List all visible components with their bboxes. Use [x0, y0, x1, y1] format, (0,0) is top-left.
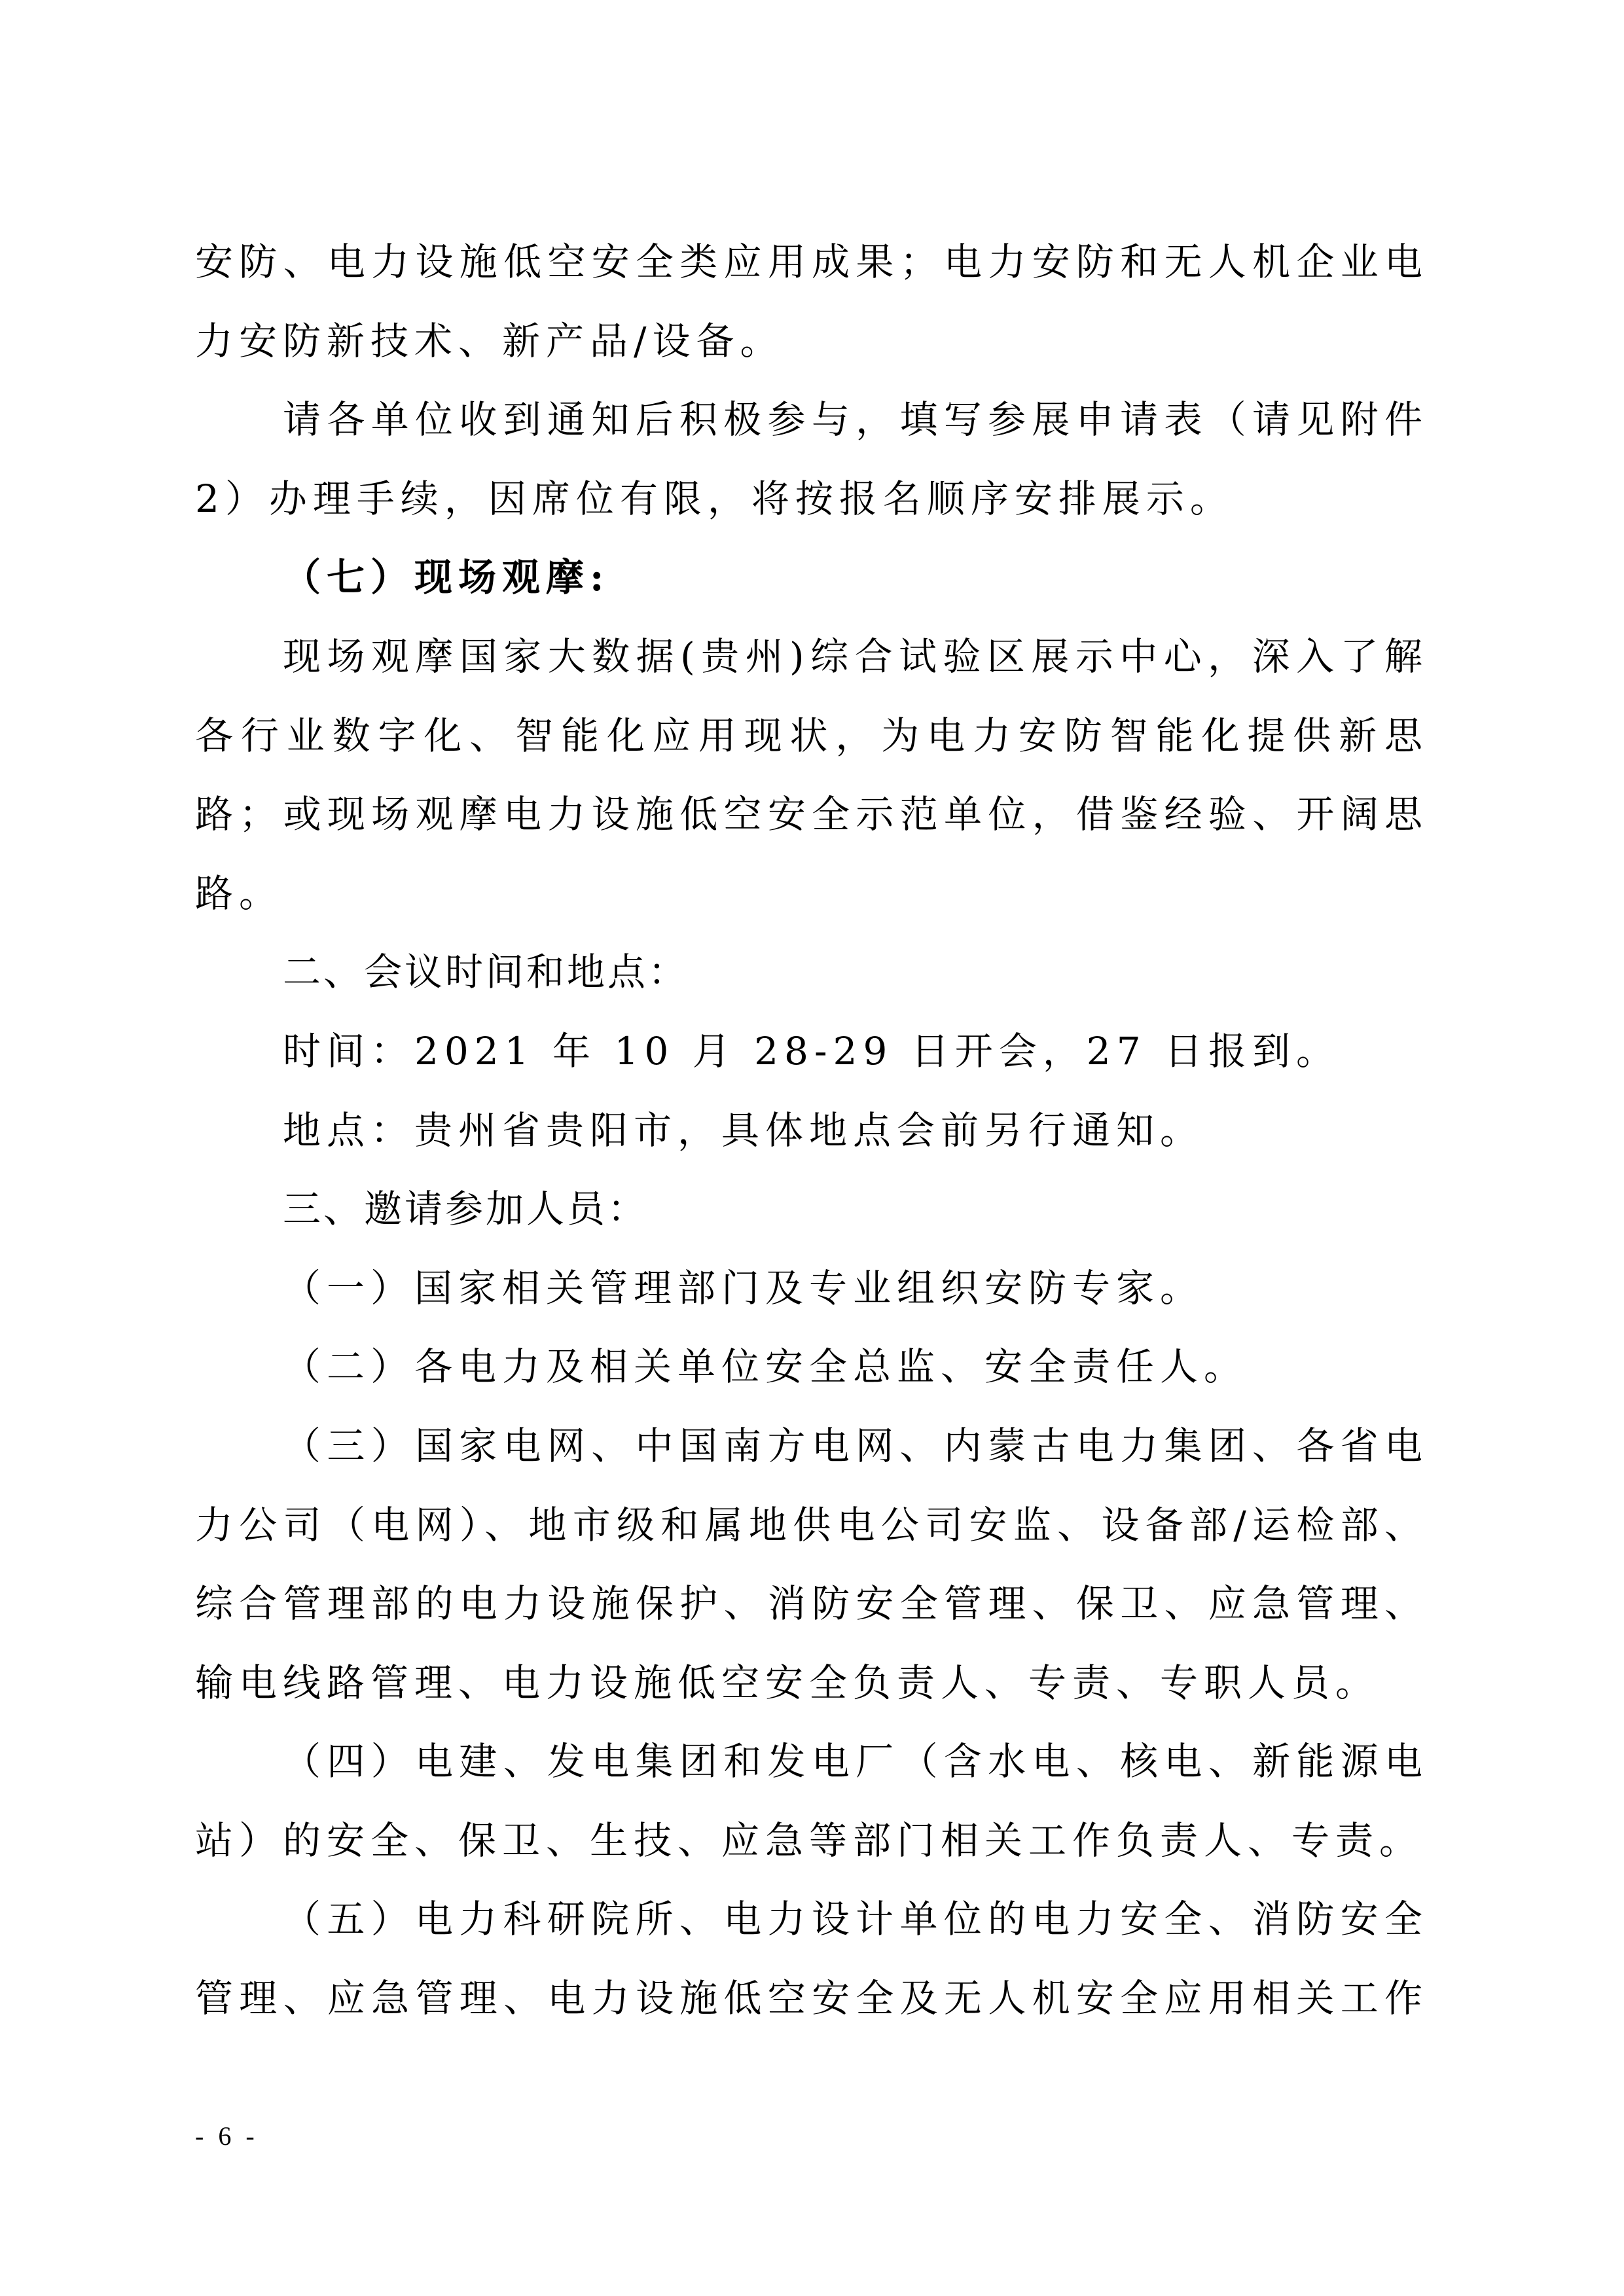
paragraph-line: 安防、电力设施低空安全类应用成果；电力安防和无人机企业电: [195, 223, 1428, 302]
meeting-time: 时间：2021 年 10 月 28-29 日开会，27 日报到。: [195, 1012, 1428, 1091]
paragraph-line: 各行业数字化、智能化应用现状，为电力安防智能化提供新思: [195, 696, 1428, 776]
paragraph-line: 请各单位收到通知后积极参与，填写参展申请表（请见附件: [195, 380, 1428, 459]
paragraph-line: 路；或现场观摩电力设施低空安全示范单位，借鉴经验、开阔思: [195, 775, 1428, 854]
section-heading-time-location: 二、会议时间和地点：: [195, 933, 1428, 1012]
meeting-location: 地点：贵州省贵阳市，具体地点会前另行通知。: [195, 1091, 1428, 1170]
paragraph-line: 力公司（电网）、地市级和属地供电公司安监、设备部/运检部、: [195, 1486, 1428, 1565]
invitee-item-5: （五）电力科研院所、电力设计单位的电力安全、消防安全: [195, 1880, 1428, 1959]
paragraph-line: 输电线路管理、电力设施低空安全负责人、专责、专职人员。: [195, 1643, 1428, 1723]
paragraph-line: 综合管理部的电力设施保护、消防安全管理、保卫、应急管理、: [195, 1564, 1428, 1643]
invitee-item-1: （一）国家相关管理部门及专业组织安防专家。: [195, 1249, 1428, 1328]
paragraph-line: 站）的安全、保卫、生技、应急等部门相关工作负责人、专责。: [195, 1801, 1428, 1880]
paragraph-line: 现场观摩国家大数据(贵州)综合试验区展示中心，深入了解: [195, 617, 1428, 696]
invitee-item-3: （三）国家电网、中国南方电网、内蒙古电力集团、各省电: [195, 1407, 1428, 1486]
paragraph-line: 管理、应急管理、电力设施低空安全及无人机安全应用相关工作: [195, 1959, 1428, 2038]
paragraph-line: 路。: [195, 854, 1428, 933]
subsection-heading-site-visit: （七）现场观摩:: [195, 538, 1428, 617]
page-number: - 6 -: [195, 2121, 259, 2151]
invitee-item-4: （四）电建、发电集团和发电厂（含水电、核电、新能源电: [195, 1722, 1428, 1801]
paragraph-line: 力安防新技术、新产品/设备。: [195, 302, 1428, 381]
document-page: 安防、电力设施低空安全类应用成果；电力安防和无人机企业电 力安防新技术、新产品/…: [195, 223, 1428, 2038]
paragraph-line: 2）办理手续，因席位有限，将按报名顺序安排展示。: [195, 459, 1428, 539]
invitee-item-2: （二）各电力及相关单位安全总监、安全责任人。: [195, 1327, 1428, 1407]
section-heading-invitees: 三、邀请参加人员：: [195, 1170, 1428, 1249]
